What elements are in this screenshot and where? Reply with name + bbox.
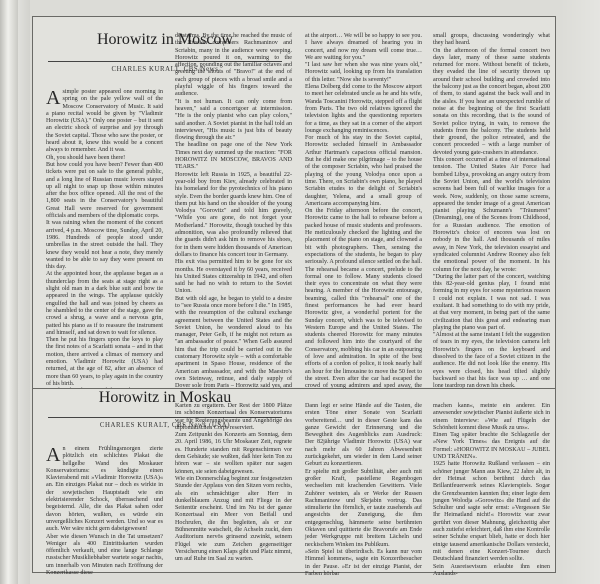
paragraph: For much of his stay in the Soviet capit… [305,135,422,208]
binder-spine [0,0,18,584]
english-column-2: derstorms. By the time he reached the mu… [175,33,292,420]
german-column-2: Karten zu ergattern. Der Rest der 1800 P… [175,403,292,564]
paragraph: On the Friday afternoon before the conce… [305,208,422,398]
booklet-page: Horowitz in Moscow CHARLES KURALT, CBS N… [30,0,600,584]
drop-cap: A [46,447,60,463]
paragraph: Karten zu ergattern. Der Rest der 1800 P… [175,403,292,432]
paragraph: Zum Zeitpunkt des Konzerts am Sonntag, d… [175,432,292,476]
paragraph: The headline on page one of the New York… [175,142,292,171]
english-article: Horowitz in Moscow CHARLES KURALT, CBS N… [32,16,556,388]
paragraph: It was raining when the moment of the co… [46,220,163,271]
paragraph: »Sein Spiel ist überirdisch. Es kann nur… [305,549,422,578]
paragraph: "It is not human. It can only come from … [175,99,292,143]
page-edge-shade [560,0,600,584]
paragraph: At the appointed hour, the applause bega… [46,271,163,337]
paragraph: But with old age, he began to yield to a… [175,296,292,398]
german-column-4: machen kann«, meinte ein anderer. Ein an… [433,403,550,578]
drop-cap: A [46,90,60,106]
paragraph: at the airport… We will be so happy to s… [305,33,422,62]
paragraph: But how could you have been? Fewer than … [46,162,163,220]
paragraph: small groups, discussing wonderingly wha… [433,33,550,48]
paragraph: "I last saw her when she was nine years … [305,62,422,84]
paragraph: 1925 hatte Horowitz Rußland verlassen – … [433,461,550,563]
english-column-4: small groups, discussing wonderingly wha… [433,33,550,398]
paragraph: On the afternoon of the formal concert t… [433,48,550,157]
paragraph: Sein Ausreisevisum erlaubte ihm einen Au… [433,564,550,579]
paragraph: Wie ein Donnerschlag beginnt zur festges… [175,476,292,564]
paragraph: An einem Frühlingsmorgen zierte plötzlic… [46,446,163,534]
paragraph: His exit visa permitted him to be gone f… [175,259,292,295]
paragraph: Elena Dolberg did come to the Moscow air… [305,84,422,135]
paragraph: Aber wie diesen Wunsch in die Tat umsetz… [46,534,163,578]
paragraph: "Almost at the same instant I felt the s… [433,332,550,390]
paragraph: A simple poster appeared one morning in … [46,89,163,155]
paragraph: Oh, you should have been there! [46,155,163,162]
paragraph: Einen Tag später brachte die Schlagzeile… [433,432,550,461]
paragraph: machen kann«, meinte ein anderer. Ein an… [433,403,550,432]
german-column-1: An einem Frühlingsmorgen zierte plötzlic… [46,446,163,577]
paragraph: Horowitz left Russia in 1925, a beautifu… [175,172,292,260]
paragraph: "During the latter part of the concert, … [433,274,550,332]
paragraph: This concert occurred at a time of inter… [433,157,550,274]
paragraph: Then he put his fingers upon the keys to… [46,337,163,388]
binder-edge [18,0,30,584]
english-column-1: A simple poster appeared one morning in … [46,89,163,410]
german-article: Horowitz in Moskau CHARLES KURALT, CBS N… [32,388,556,573]
english-column-3: at the airport… We will be so happy to s… [305,33,422,398]
paragraph: Er spielte mit großer Subtilität, aber a… [305,469,422,549]
paragraph: derstorms. By the time he reached the mu… [175,33,292,99]
paragraph: Dann legt er seine Hände auf die Tasten,… [305,403,422,469]
german-column-3: Dann legt er seine Hände auf die Tasten,… [305,403,422,578]
